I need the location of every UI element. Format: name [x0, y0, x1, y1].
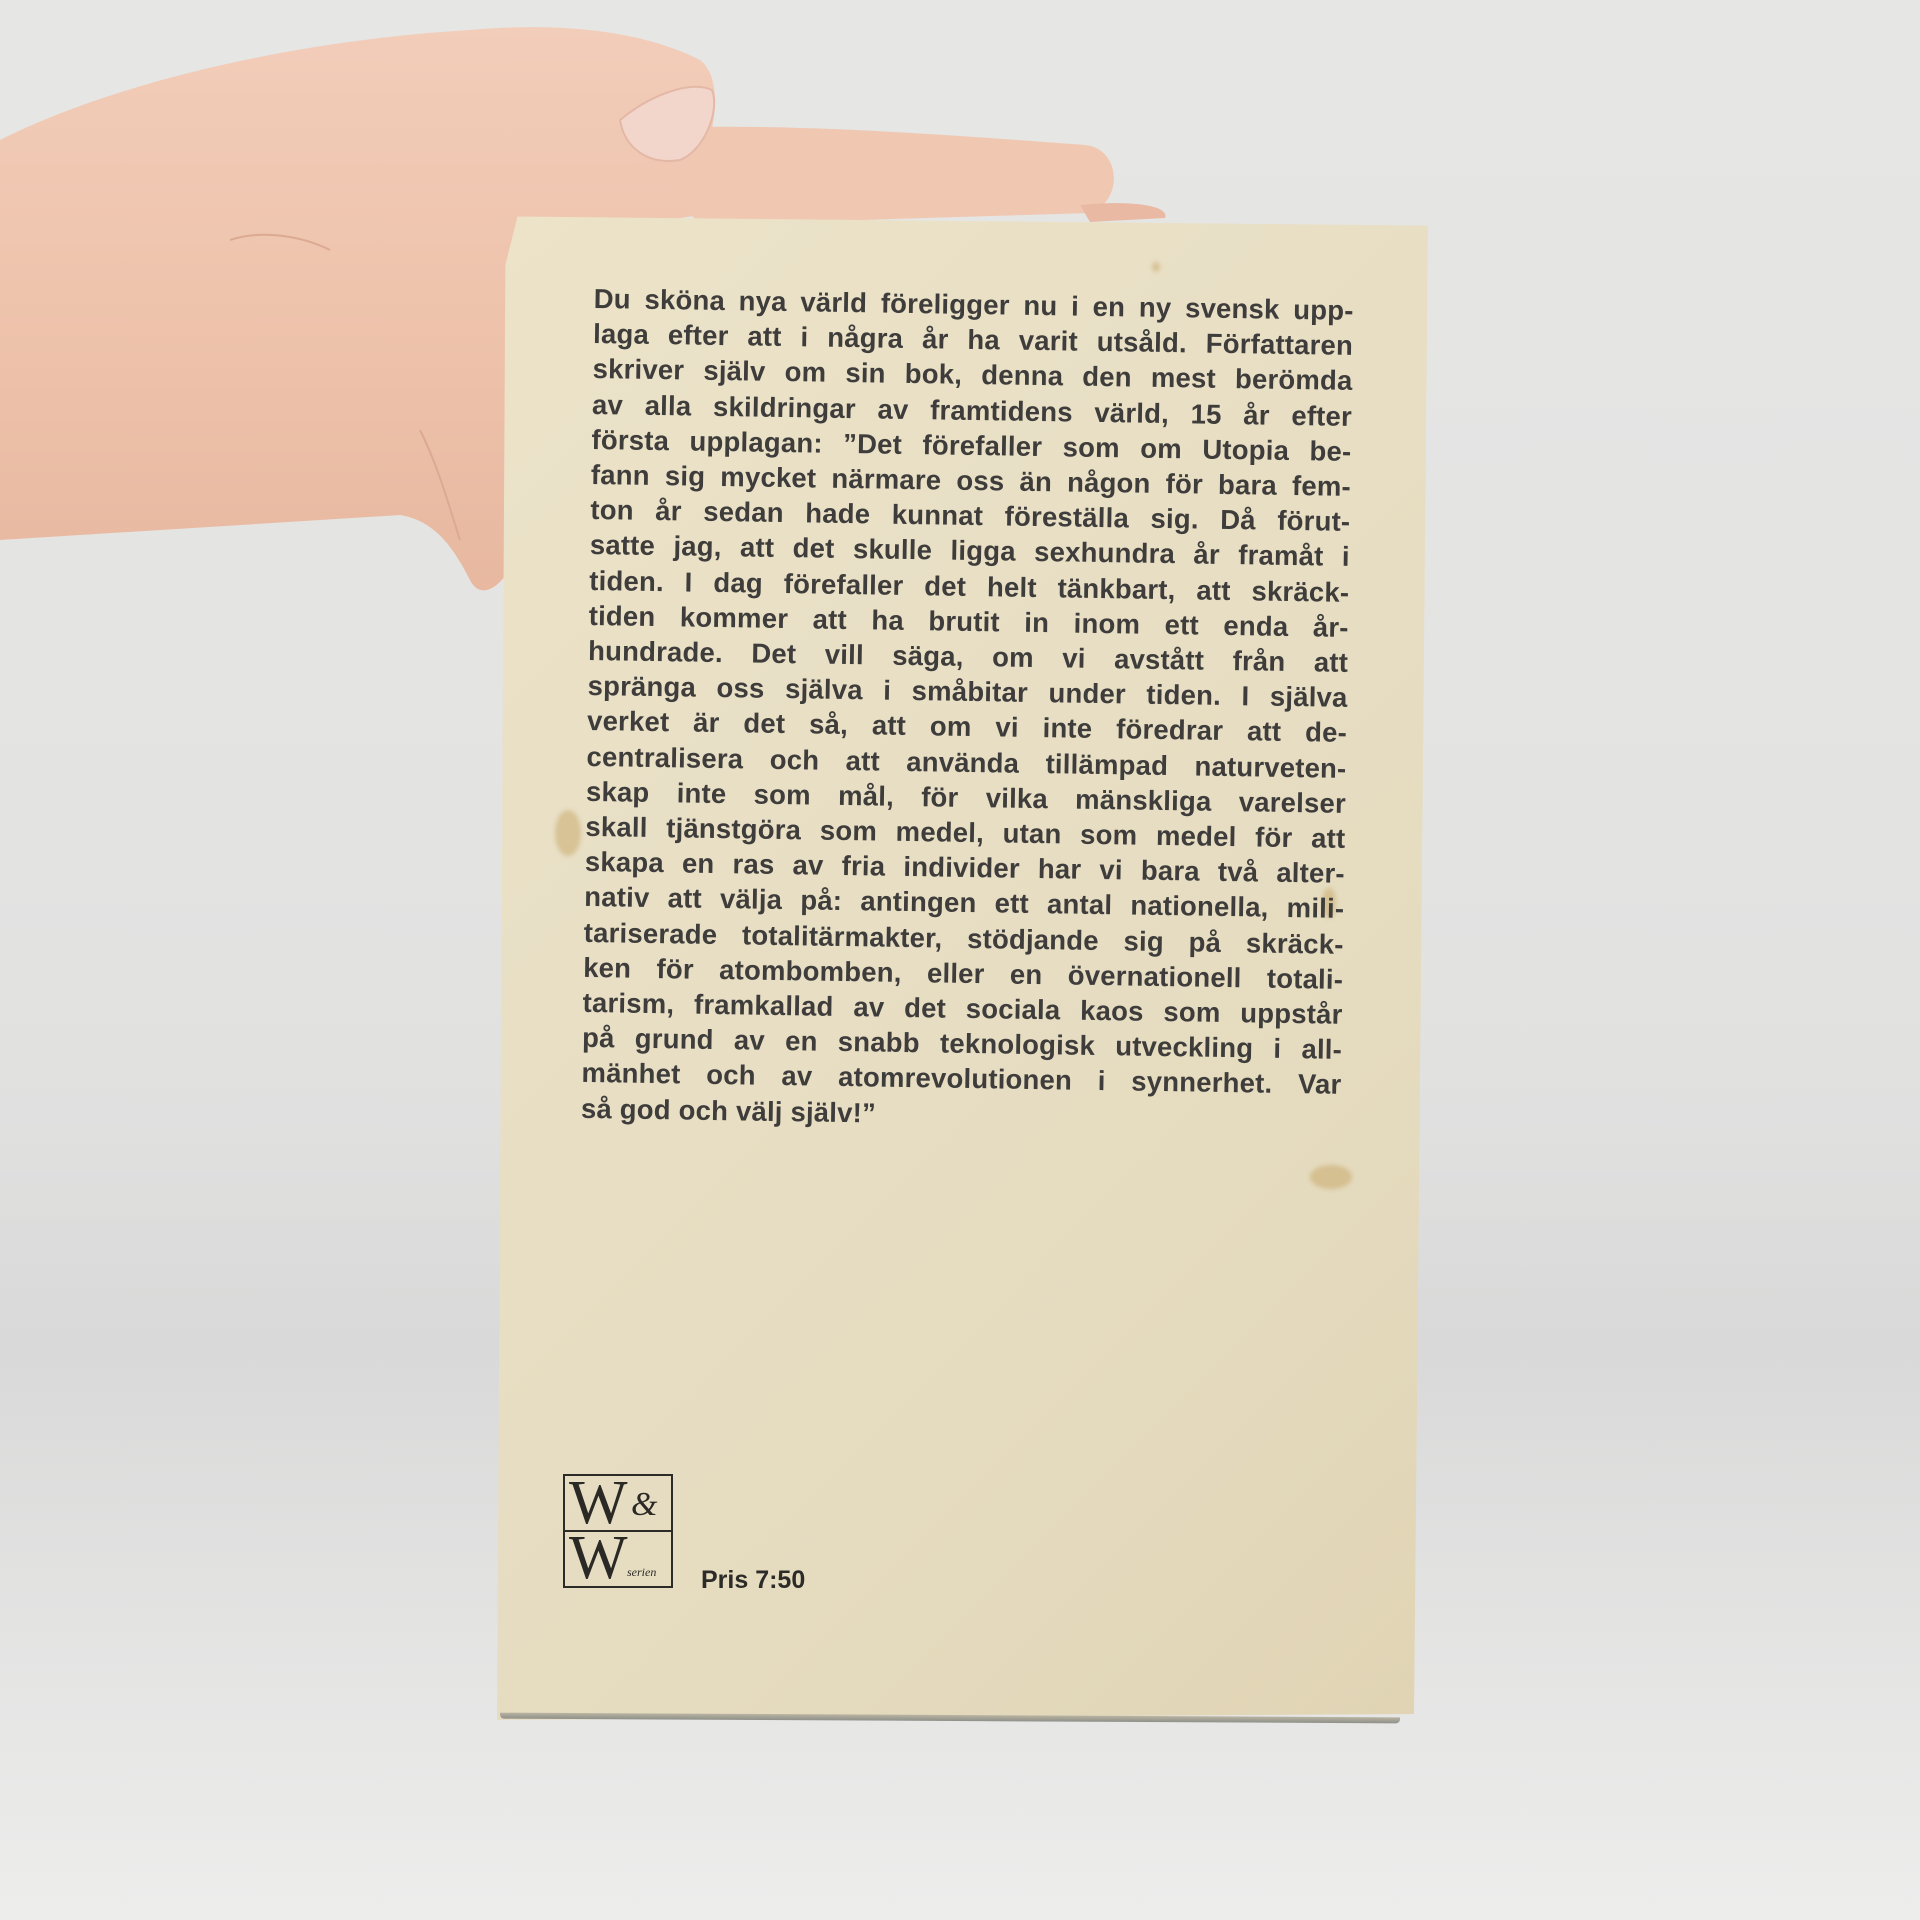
price-label: Pris 7:50 [701, 1566, 805, 1595]
cover-stain [1310, 1165, 1352, 1189]
logo-letter: W [569, 1527, 628, 1589]
logo-series-label: serien [627, 1565, 656, 1580]
logo-ampersand: & [631, 1486, 657, 1524]
publisher-logo: W & W serien [563, 1474, 673, 1588]
cover-stain [1152, 262, 1160, 272]
cover-stain [555, 810, 581, 856]
logo-bottom-row: W serien [565, 1531, 671, 1585]
back-cover-blurb: Du sköna nya värld föreligger nu i en ny… [581, 281, 1354, 1138]
